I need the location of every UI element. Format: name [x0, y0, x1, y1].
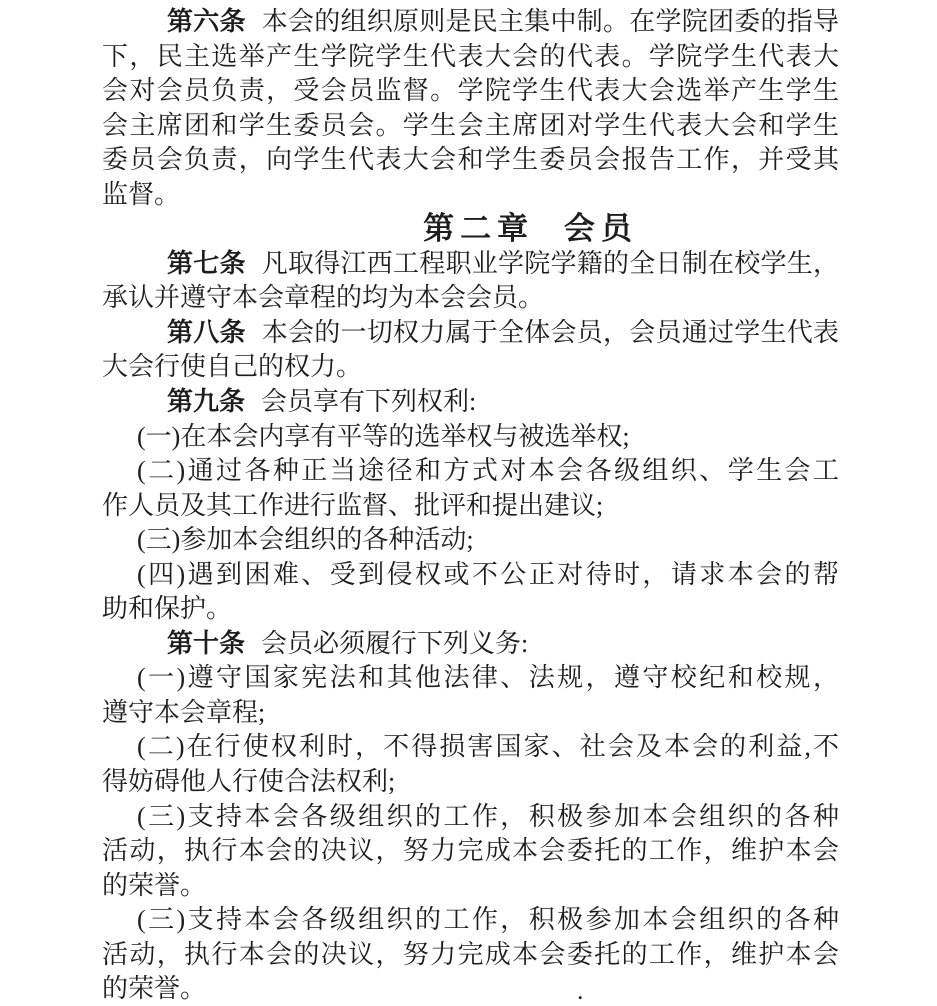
text-run: (四)遇到困难、受到侵权或不公正对待时，请求本会的帮 — [137, 560, 839, 589]
text-run: 会员必须履行下列义务: — [261, 629, 528, 658]
list-item-line: (一)遵守国家宪法和其他法律、法规，遵守校纪和校规， — [102, 661, 839, 696]
list-item-line: (二)在行使权利时，不得损害国家、社会及本会的利益,不 — [102, 730, 839, 765]
list-item-line: (四)遇到困难、受到侵权或不公正对待时，请求本会的帮 — [102, 558, 839, 593]
text-run: 凡取得江西工程职业学院学籍的全日制在校学生， — [262, 249, 839, 278]
text-run: 会员享有下列权利: — [261, 387, 476, 416]
article-number-label: 第七条 — [167, 249, 246, 278]
text-line: 遵守本会章程; — [102, 696, 839, 731]
text-run: 得妨碍他人行使合法权利; — [102, 767, 395, 796]
text-run: 承认并遵守本会章程的均为本会会员。 — [102, 283, 544, 312]
text-run: 监督。 — [102, 180, 180, 209]
text-run: (三)参加本会组织的各种活动; — [137, 525, 474, 554]
text-run: 助和保护。 — [102, 594, 232, 623]
article-number-label: 第九条 — [167, 387, 245, 416]
article-paragraph-line: 第七条凡取得江西工程职业学院学籍的全日制在校学生， — [102, 247, 839, 282]
text-run: 本会的组织原则是民主集中制。在学院团委的指导 — [262, 7, 839, 36]
article-number-label: 第八条 — [167, 318, 246, 347]
text-line: 的荣誉。 — [102, 869, 839, 904]
text-line: 活动，执行本会的决议，努力完成本会委托的工作，维护本会 — [102, 938, 839, 973]
list-item-line: (三)支持本会各级组织的工作，积极参加本会组织的各种 — [102, 903, 839, 938]
text-line: 会主席团和学生委员会。学生会主席团对学生代表大会和学生 — [102, 109, 839, 144]
text-run: 委员会负责，向学生代表大会和学生委员会报告工作，并受其 — [102, 145, 839, 174]
list-item-line: (二)通过各种正当途径和方式对本会各级组织、学生会工 — [102, 454, 839, 489]
text-run: (三)支持本会各级组织的工作，积极参加本会组织的各种 — [137, 802, 839, 831]
article-number-label: 第十条 — [167, 629, 245, 658]
article-number-label: 第二章 会员 — [423, 211, 638, 246]
text-run: 会对会员负责，受会员监督。学院学生代表大会选举产生学生 — [102, 76, 839, 105]
text-run: 活动，执行本会的决议，努力完成本会委托的工作，维护本会 — [102, 836, 839, 865]
list-item-line: (三)参加本会组织的各种活动; — [102, 523, 839, 558]
text-run: 大会行使自己的权力。 — [102, 352, 362, 381]
article-number-label: 第六条 — [167, 7, 246, 36]
text-run: 会主席团和学生委员会。学生会主席团对学生代表大会和学生 — [102, 111, 839, 140]
text-line: 助和保护。 — [102, 592, 839, 627]
text-line: 得妨碍他人行使合法权利; — [102, 765, 839, 800]
text-run: 下，民主选举产生学院学生代表大会的代表。学院学生代表大 — [102, 42, 839, 71]
text-run: 遵守本会章程; — [102, 698, 265, 727]
text-line: 委员会负责，向学生代表大会和学生委员会报告工作，并受其 — [102, 143, 839, 178]
text-run: 活动，执行本会的决议，努力完成本会委托的工作，维护本会 — [102, 940, 839, 969]
text-run: (二)在行使权利时，不得损害国家、社会及本会的利益,不 — [137, 732, 839, 761]
text-run: (一)遵守国家宪法和其他法律、法规，遵守校纪和校规， — [137, 663, 839, 692]
text-line: 会对会员负责，受会员监督。学院学生代表大会选举产生学生 — [102, 74, 839, 109]
chapter-heading: 第二章 会员 — [102, 212, 839, 247]
text-run: 的荣誉。 — [102, 974, 206, 1003]
text-line: 下，民主选举产生学院学生代表大会的代表。学院学生代表大 — [102, 40, 839, 75]
text-line: 活动，执行本会的决议，努力完成本会委托的工作，维护本会 — [102, 834, 839, 869]
text-line: 大会行使自己的权力。 — [102, 350, 839, 385]
list-item-line: (三)支持本会各级组织的工作，积极参加本会组织的各种 — [102, 800, 839, 835]
text-run: 的荣誉。 — [102, 871, 206, 900]
stray-period-mark: . — [577, 978, 584, 1004]
text-line: 承认并遵守本会章程的均为本会会员。 — [102, 281, 839, 316]
document-text-column: 第六条本会的组织原则是民主集中制。在学院团委的指导下，民主选举产生学院学生代表大… — [102, 5, 839, 1006]
text-run: (二)通过各种正当途径和方式对本会各级组织、学生会工 — [137, 456, 839, 485]
text-line: 作人员及其工作进行监督、批评和提出建议; — [102, 489, 839, 524]
text-run: 作人员及其工作进行监督、批评和提出建议; — [102, 491, 603, 520]
text-run: (一)在本会内享有平等的选举权与被选举权; — [137, 422, 630, 451]
article-paragraph-line: 第八条本会的一切权力属于全体会员，会员通过学生代表 — [102, 316, 839, 351]
text-line: 的荣誉。 — [102, 972, 839, 1006]
text-line: 监督。 — [102, 178, 839, 213]
text-run: 本会的一切权力属于全体会员，会员通过学生代表 — [262, 318, 839, 347]
text-run: (三)支持本会各级组织的工作，积极参加本会组织的各种 — [137, 905, 839, 934]
article-paragraph-line: 第九条会员享有下列权利: — [102, 385, 839, 420]
document-page: { "page": { "background": "#ffffff", "te… — [0, 0, 937, 1006]
article-paragraph-line: 第六条本会的组织原则是民主集中制。在学院团委的指导 — [102, 5, 839, 40]
list-item-line: (一)在本会内享有平等的选举权与被选举权; — [102, 420, 839, 455]
article-paragraph-line: 第十条会员必须履行下列义务: — [102, 627, 839, 662]
